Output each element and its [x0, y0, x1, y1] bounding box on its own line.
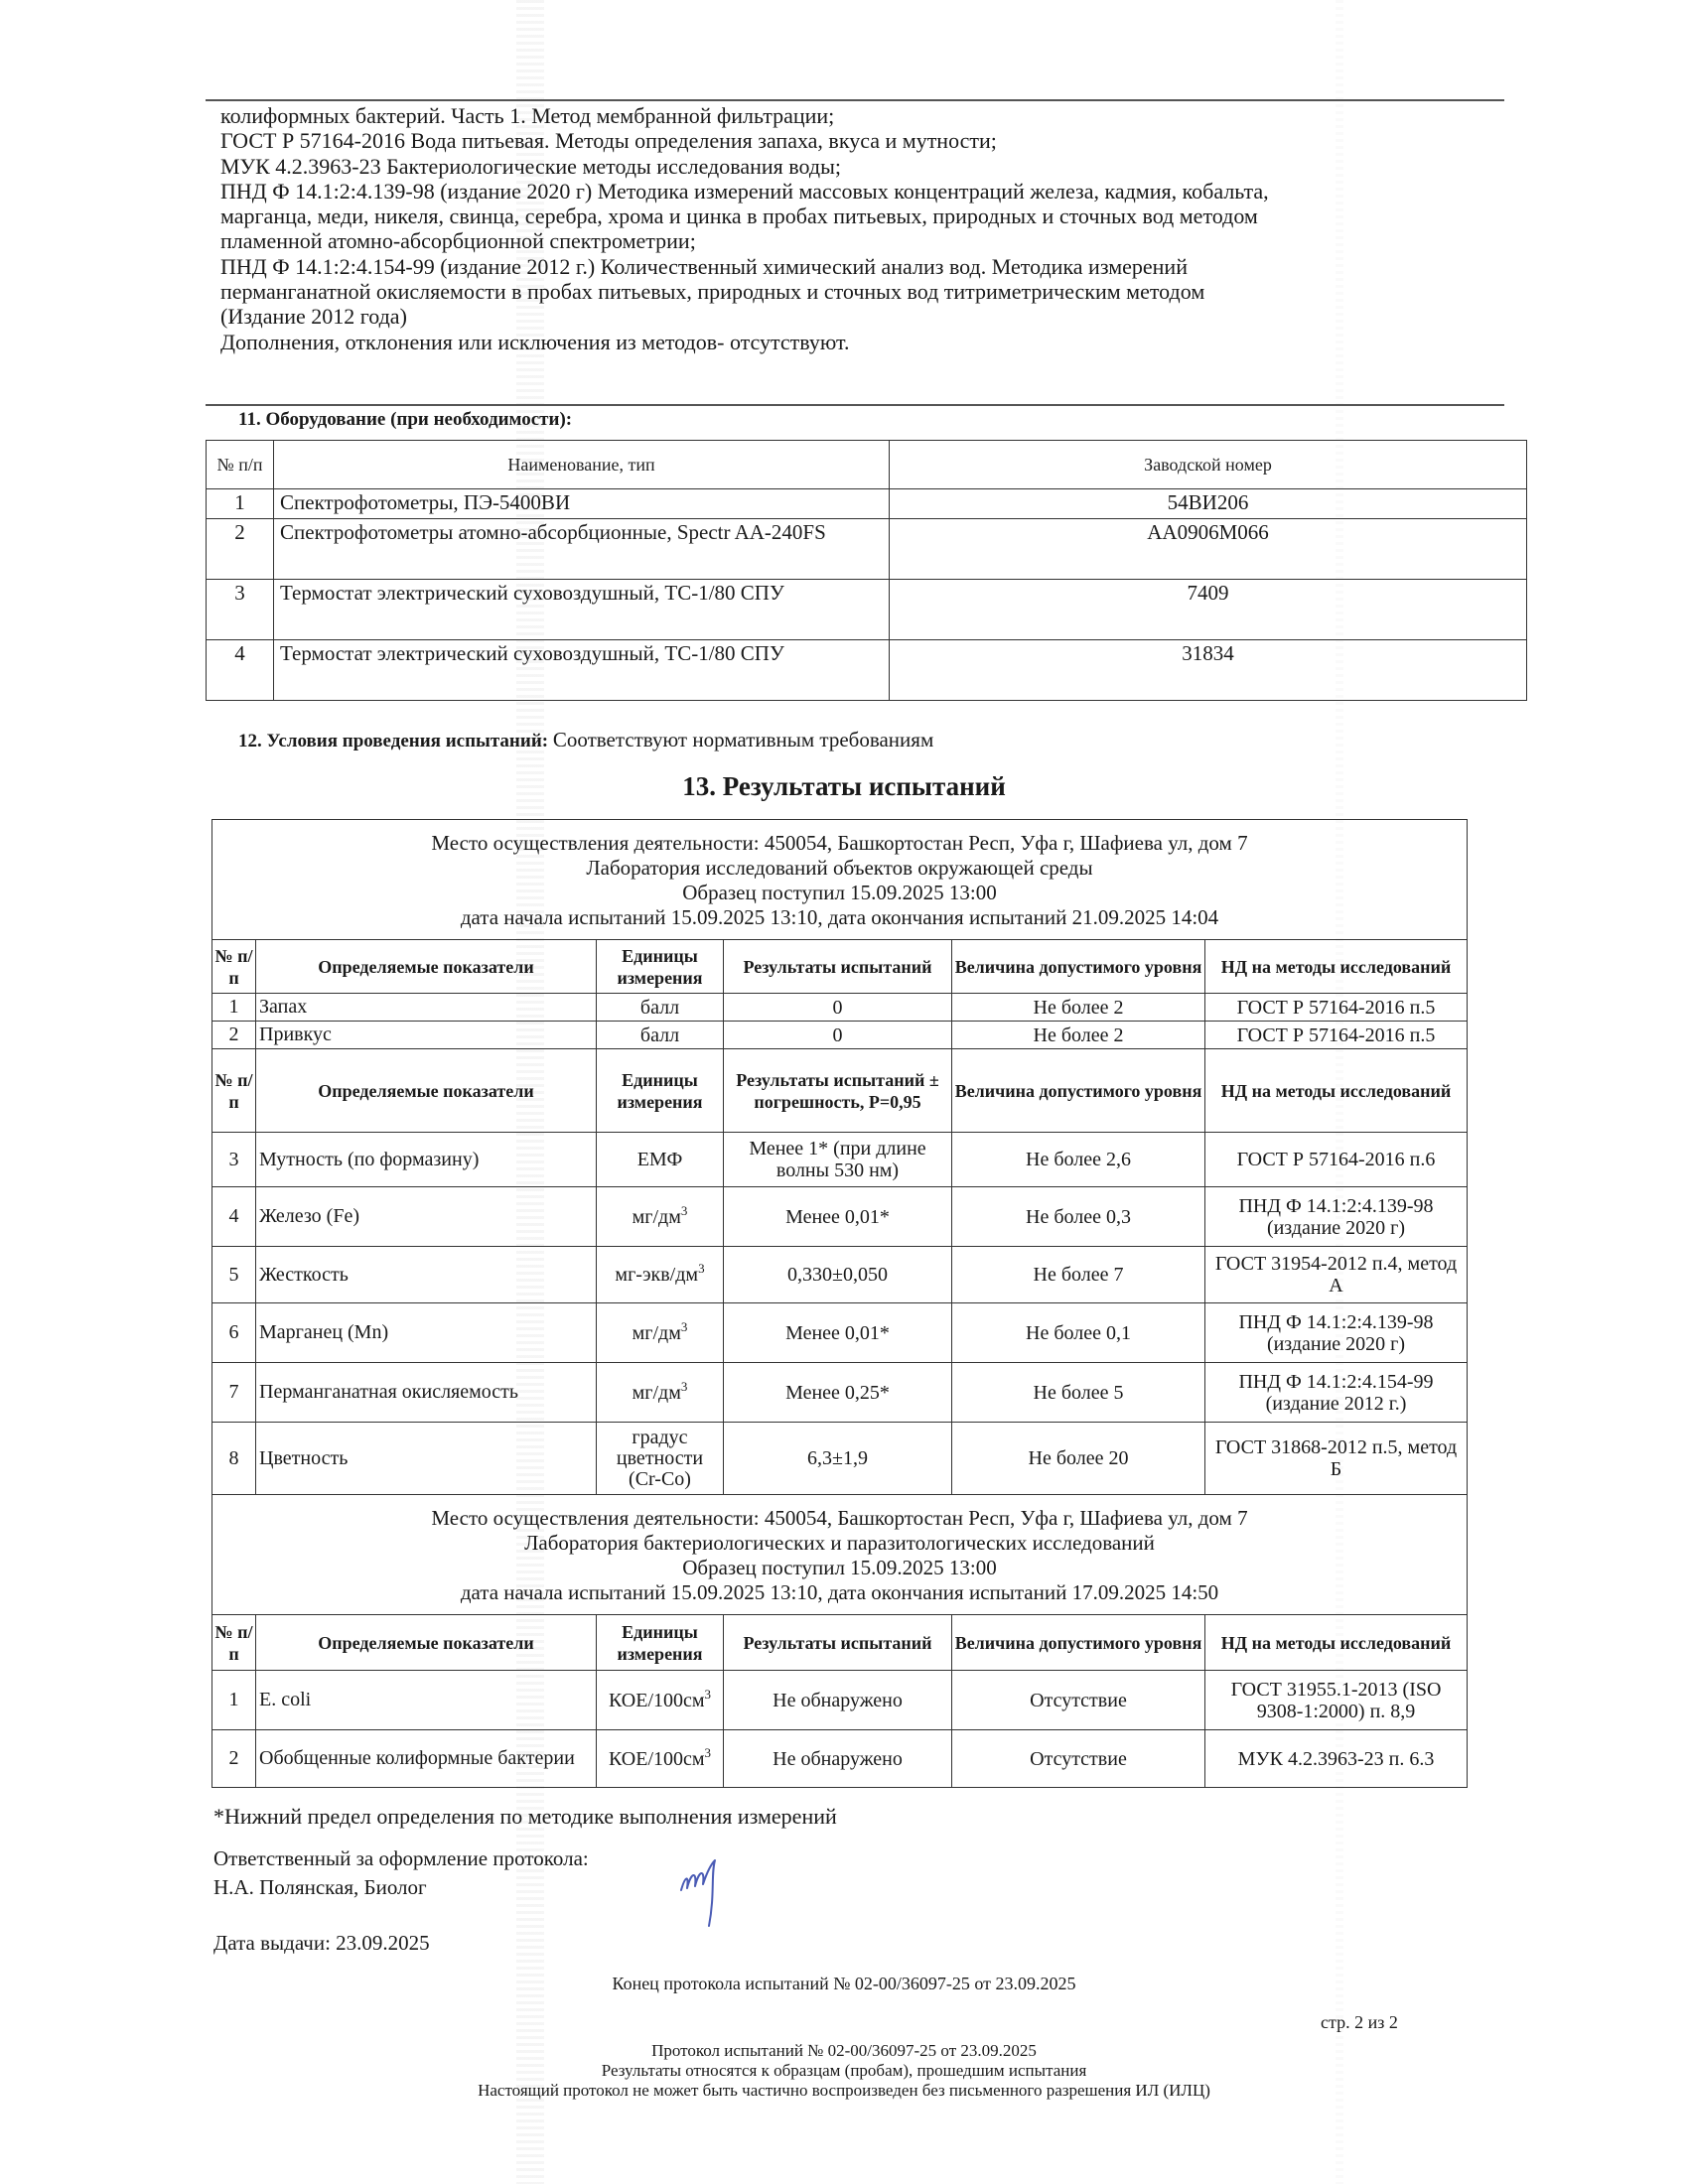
equipment-serial: 7409 [890, 580, 1527, 640]
methods-line: колиформных бактерий. Часть 1. Метод мем… [220, 103, 1501, 128]
unit-superscript: 3 [681, 1319, 688, 1334]
table-row: 4 Термостат электрический суховоздушный,… [207, 640, 1527, 701]
row-num: 2 [212, 1022, 256, 1049]
unit-text: мг-экв/дм [615, 1264, 698, 1286]
methods-line: (Издание 2012 года) [220, 304, 1501, 329]
row-num: 8 [212, 1423, 256, 1495]
sample-received: Образец поступил 15.09.2025 13:00 [212, 881, 1467, 905]
result: 0,330±0,050 [724, 1247, 952, 1303]
method: ГОСТ Р 57164-2016 п.5 [1205, 994, 1468, 1022]
methods-line: перманганатной окисляемости в пробах пит… [220, 279, 1501, 304]
indicator: Мутность (по формазину) [256, 1133, 597, 1187]
limit: Отсутствие [952, 1671, 1205, 1730]
row-num: 1 [207, 489, 274, 519]
row-num: 5 [212, 1247, 256, 1303]
row-num: 6 [212, 1303, 256, 1363]
table-row: 6Марганец (Mn)мг/дм3Менее 0,01*Не более … [212, 1303, 1468, 1363]
result: Менее 0,01* [724, 1187, 952, 1247]
method: ПНД Ф 14.1:2:4.139-98 (издание 2020 г) [1205, 1187, 1468, 1247]
methods-list: колиформных бактерий. Часть 1. Метод мем… [220, 103, 1501, 354]
unit-superscript: 3 [705, 1687, 712, 1702]
limit: Не более 5 [952, 1363, 1205, 1423]
equipment-name: Спектрофотометры, ПЭ-5400ВИ [274, 489, 890, 519]
results-table: Место осуществления деятельности: 450054… [211, 819, 1468, 1788]
lab-name: Лаборатория исследований объектов окружа… [212, 856, 1467, 881]
limit: Не более 20 [952, 1423, 1205, 1495]
result: 6,3±1,9 [724, 1423, 952, 1495]
equipment-serial: 54ВИ206 [890, 489, 1527, 519]
methods-line: марганца, меди, никеля, свинца, серебра,… [220, 204, 1501, 228]
row-num: 3 [207, 580, 274, 640]
limit: Отсутствие [952, 1730, 1205, 1788]
row-num: 4 [207, 640, 274, 701]
indicator: Марганец (Mn) [256, 1303, 597, 1363]
results-header-row: № п/п Определяемые показатели Единицы из… [212, 1615, 1468, 1671]
table-row: 2 Привкус балл 0 Не более 2 ГОСТ Р 57164… [212, 1022, 1468, 1049]
unit: мг/дм3 [597, 1187, 724, 1247]
result: Не обнаружено [724, 1671, 952, 1730]
unit-superscript: 3 [681, 1203, 688, 1218]
col-indicator: Определяемые показатели [256, 1615, 597, 1671]
conditions-value: Соответствуют нормативным требованиям [553, 728, 933, 751]
col-limit: Величина допустимого уровня [952, 1049, 1205, 1133]
conditions-line: 12. Условия проведения испытаний: Соотве… [238, 728, 933, 752]
equipment-serial: AA0906M066 [890, 519, 1527, 580]
unit: КОЕ/100см3 [597, 1730, 724, 1788]
unit-superscript: 3 [698, 1261, 705, 1276]
unit-text: мг/дм [633, 1322, 681, 1344]
unit-text: КОЕ/100см [609, 1748, 705, 1770]
table-row: 1 Спектрофотометры, ПЭ-5400ВИ 54ВИ206 [207, 489, 1527, 519]
table-row: 2Обобщенные колиформные бактерииКОЕ/100с… [212, 1730, 1468, 1788]
unit: мг/дм3 [597, 1363, 724, 1423]
indicator: Железо (Fe) [256, 1187, 597, 1247]
equipment-name: Термостат электрический суховоздушный, Т… [274, 580, 890, 640]
col-limit: Величина допустимого уровня [952, 1615, 1205, 1671]
table-row: 2 Спектрофотометры атомно-абсорбционные,… [207, 519, 1527, 580]
indicator: E. coli [256, 1671, 597, 1730]
unit: ЕМФ [597, 1133, 724, 1187]
row-num: 7 [212, 1363, 256, 1423]
footer-protocol: Протокол испытаний № 02-00/36097-25 от 2… [0, 2041, 1688, 2061]
unit: градус цветности (Cr-Co) [597, 1423, 724, 1495]
row-num: 2 [207, 519, 274, 580]
unit: мг-экв/дм3 [597, 1247, 724, 1303]
footer-reproduction-note: Настоящий протокол не может быть частичн… [0, 2081, 1688, 2101]
col-result: Результаты испытаний ± погрешность, Р=0,… [724, 1049, 952, 1133]
indicator: Запах [256, 994, 597, 1022]
col-indicator: Определяемые показатели [256, 1049, 597, 1133]
table-row: 5Жесткостьмг-экв/дм30,330±0,050Не более … [212, 1247, 1468, 1303]
top-rule [206, 99, 1504, 101]
unit-text: мг/дм [633, 1382, 681, 1404]
result: Менее 1* (при длине волны 530 нм) [724, 1133, 952, 1187]
col-indicator: Определяемые показатели [256, 940, 597, 994]
footnote: *Нижний предел определения по методике в… [213, 1804, 837, 1830]
footer-results-note: Результаты относятся к образцам (пробам)… [0, 2061, 1688, 2081]
unit-text: ЕМФ [637, 1149, 683, 1170]
col-result: Результаты испытаний [724, 1615, 952, 1671]
results-header-row: № п/п Определяемые показатели Единицы из… [212, 1049, 1468, 1133]
col-num: № п/п [212, 1049, 256, 1133]
table-row: 3Мутность (по формазину)ЕМФМенее 1* (при… [212, 1133, 1468, 1187]
method: ПНД Ф 14.1:2:4.139-98 (издание 2020 г) [1205, 1303, 1468, 1363]
col-unit: Единицы измерения [597, 940, 724, 994]
unit: балл [597, 1022, 724, 1049]
table-row: 4Железо (Fe)мг/дм3Менее 0,01*Не более 0,… [212, 1187, 1468, 1247]
equipment-serial: 31834 [890, 640, 1527, 701]
activity-place: Место осуществления деятельности: 450054… [212, 1506, 1467, 1531]
end-of-protocol: Конец протокола испытаний № 02-00/36097-… [0, 1974, 1688, 1994]
limit: Не более 7 [952, 1247, 1205, 1303]
method: ГОСТ Р 57164-2016 п.5 [1205, 1022, 1468, 1049]
result: Менее 0,01* [724, 1303, 952, 1363]
table-row: 1 Запах балл 0 Не более 2 ГОСТ Р 57164-2… [212, 994, 1468, 1022]
test-dates: дата начала испытаний 15.09.2025 13:10, … [212, 1580, 1467, 1605]
col-num: № п/п [212, 940, 256, 994]
method: ГОСТ Р 57164-2016 п.6 [1205, 1133, 1468, 1187]
indicator: Перманганатная окисляемость [256, 1363, 597, 1423]
method: ГОСТ 31954-2012 п.4, метод А [1205, 1247, 1468, 1303]
methods-line: пламенной атомно-абсорбционной спектроме… [220, 228, 1501, 253]
indicator: Жесткость [256, 1247, 597, 1303]
sample-received: Образец поступил 15.09.2025 13:00 [212, 1556, 1467, 1580]
table-row: 8Цветностьградус цветности (Cr-Co)6,3±1,… [212, 1423, 1468, 1495]
method: ПНД Ф 14.1:2:4.154-99 (издание 2012 г.) [1205, 1363, 1468, 1423]
limit: Не более 2,6 [952, 1133, 1205, 1187]
methods-bottom-rule [206, 404, 1504, 406]
result: Менее 0,25* [724, 1363, 952, 1423]
col-unit: Единицы измерения [597, 1615, 724, 1671]
results-title: 13. Результаты испытаний [0, 771, 1688, 802]
equipment-name: Спектрофотометры атомно-абсорбционные, S… [274, 519, 890, 580]
col-method: НД на методы исследований [1205, 1615, 1468, 1671]
col-method: НД на методы исследований [1205, 1049, 1468, 1133]
unit-text: мг/дм [633, 1206, 681, 1228]
lab-info-row: Место осуществления деятельности: 450054… [212, 820, 1468, 940]
col-num: № п/п [207, 441, 274, 489]
row-num: 1 [212, 1671, 256, 1730]
methods-line: МУК 4.2.3963-23 Бактериологические метод… [220, 154, 1501, 179]
row-num: 2 [212, 1730, 256, 1788]
result: 0 [724, 1022, 952, 1049]
limit: Не более 2 [952, 1022, 1205, 1049]
method: ГОСТ 31955.1-2013 (ISO 9308-1:2000) п. 8… [1205, 1671, 1468, 1730]
issue-date: Дата выдачи: 23.09.2025 [213, 1931, 430, 1956]
col-limit: Величина допустимого уровня [952, 940, 1205, 994]
methods-line: Дополнения, отклонения или исключения из… [220, 330, 1501, 354]
unit: КОЕ/100см3 [597, 1671, 724, 1730]
indicator: Обобщенные колиформные бактерии [256, 1730, 597, 1788]
conditions-label: 12. Условия проведения испытаний: [238, 731, 548, 751]
method: ГОСТ 31868-2012 п.5, метод Б [1205, 1423, 1468, 1495]
equipment-table: № п/п Наименование, тип Заводской номер … [206, 440, 1527, 701]
row-num: 4 [212, 1187, 256, 1247]
equipment-header-row: № п/п Наименование, тип Заводской номер [207, 441, 1527, 489]
indicator: Цветность [256, 1423, 597, 1495]
col-serial: Заводской номер [890, 441, 1527, 489]
table-row: 1E. coliКОЕ/100см3Не обнаруженоОтсутстви… [212, 1671, 1468, 1730]
table-row: 7Перманганатная окисляемостьмг/дм3Менее … [212, 1363, 1468, 1423]
responsible-label: Ответственный за оформление протокола: [213, 1844, 589, 1873]
equipment-name: Термостат электрический суховоздушный, Т… [274, 640, 890, 701]
responsible-name: Н.А. Полянская, Биолог [213, 1873, 589, 1902]
col-result: Результаты испытаний [724, 940, 952, 994]
col-name: Наименование, тип [274, 441, 890, 489]
equipment-heading: 11. Оборудование (при необходимости): [238, 409, 572, 431]
unit-text: КОЕ/100см [609, 1690, 705, 1711]
methods-line: ПНД Ф 14.1:2:4.154-99 (издание 2012 г.) … [220, 254, 1501, 279]
signature-icon [675, 1854, 745, 1934]
unit-text: градус цветности (Cr-Co) [617, 1427, 703, 1490]
activity-place: Место осуществления деятельности: 450054… [212, 831, 1467, 856]
unit-superscript: 3 [705, 1745, 712, 1760]
table-row: 3 Термостат электрический суховоздушный,… [207, 580, 1527, 640]
results-header-row: № п/п Определяемые показатели Единицы из… [212, 940, 1468, 994]
lab-info-row: Место осуществления деятельности: 450054… [212, 1495, 1468, 1615]
method: МУК 4.2.3963-23 п. 6.3 [1205, 1730, 1468, 1788]
unit: балл [597, 994, 724, 1022]
test-dates: дата начала испытаний 15.09.2025 13:10, … [212, 905, 1467, 930]
result: Не обнаружено [724, 1730, 952, 1788]
row-num: 3 [212, 1133, 256, 1187]
limit: Не более 0,1 [952, 1303, 1205, 1363]
col-method: НД на методы исследований [1205, 940, 1468, 994]
row-num: 1 [212, 994, 256, 1022]
responsible-block: Ответственный за оформление протокола: Н… [213, 1844, 589, 1902]
col-unit: Единицы измерения [597, 1049, 724, 1133]
result: 0 [724, 994, 952, 1022]
unit: мг/дм3 [597, 1303, 724, 1363]
page-number: стр. 2 из 2 [1321, 2012, 1398, 2033]
limit: Не более 2 [952, 994, 1205, 1022]
limit: Не более 0,3 [952, 1187, 1205, 1247]
col-num: № п/п [212, 1615, 256, 1671]
methods-line: ГОСТ Р 57164-2016 Вода питьевая. Методы … [220, 128, 1501, 153]
methods-line: ПНД Ф 14.1:2:4.139-98 (издание 2020 г) М… [220, 179, 1501, 204]
unit-superscript: 3 [681, 1379, 688, 1394]
lab-name: Лаборатория бактериологических и паразит… [212, 1531, 1467, 1556]
indicator: Привкус [256, 1022, 597, 1049]
page-footer: Протокол испытаний № 02-00/36097-25 от 2… [0, 2041, 1688, 2101]
